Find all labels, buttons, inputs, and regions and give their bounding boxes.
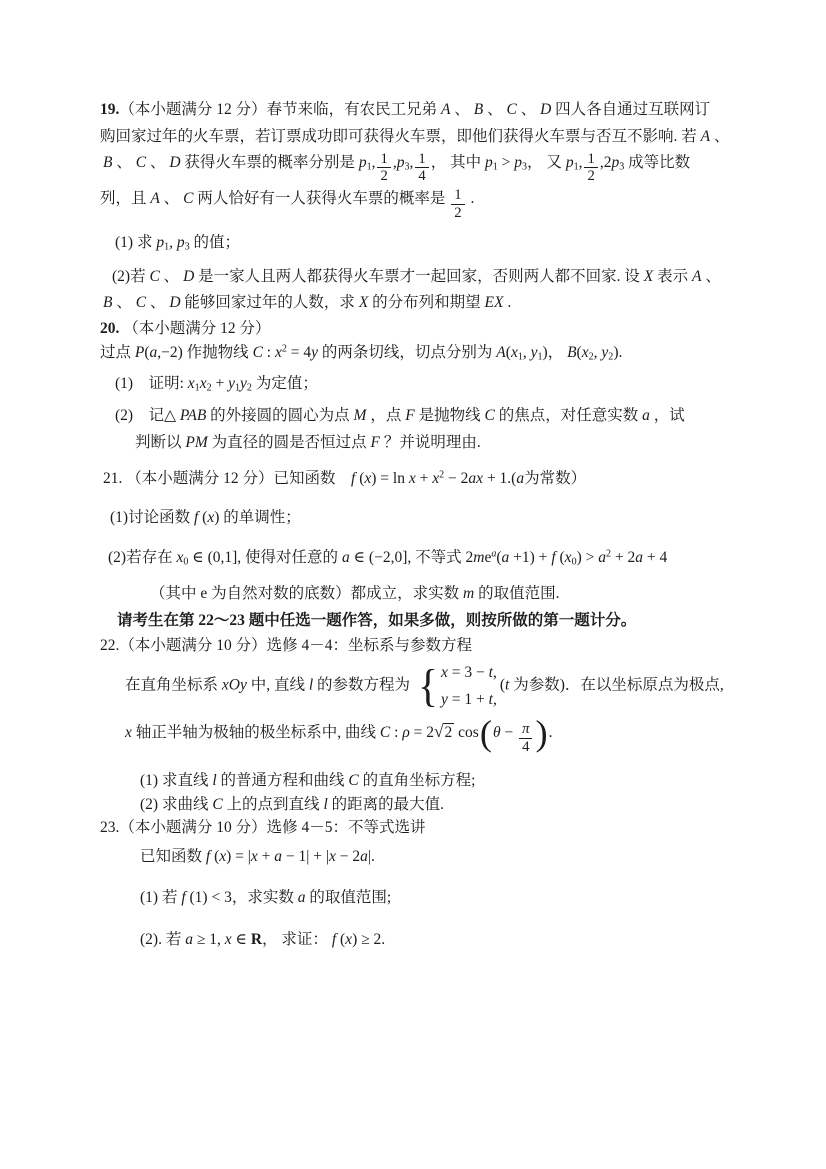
big-paren: ( [479,713,493,753]
p23-part1: (1) 若 f (1) < 3，求实数 a 的取值范围; [140,886,742,909]
math-variable: x [565,549,572,566]
text-run: 的分布列和期望 [368,294,484,311]
math-variable: a [598,549,606,566]
text-run: 、 [517,101,540,118]
text-run: , [493,664,497,681]
math-variable: θ [493,724,501,741]
text-run: ∈ (−2,0], 不等式 2 [350,549,474,566]
bold-text: 20. [100,320,119,337]
p21-part2-line1: (2)若存在 x0 ∈ (0,1], 使得对任意的 a ∈ (−2,0], 不等… [108,546,742,570]
text-run: (2)若存在 [108,549,176,566]
text-run: 的距离的最大值. [328,796,444,813]
bold-text: R [251,931,262,948]
math-variable: D [183,268,194,285]
text-run: ， 其中 [431,154,485,171]
cases-rows: x = 3 − t,y = 1 + t, [439,661,497,711]
text-run: 、 [710,128,729,145]
text-run: (1) 证明: [115,375,188,392]
fraction-denominator: 4 [415,168,428,184]
math-variable: x [582,344,589,361]
p20-line1: 过点 P(a,−2) 作抛物线 C : x2 = 4y 的两条切线，切点分别为 … [100,341,742,365]
math-variable: p [566,154,574,171]
text-run: 在直角坐标系 [125,677,222,694]
math-variable: B [567,344,576,361]
text-run: ) 的单调性； [214,509,301,526]
math-variable: p [156,234,164,251]
math-variable: PAB [180,407,206,424]
text-run: + [416,470,433,487]
text-run: cos [454,724,479,741]
text-run: > [498,154,515,171]
math-variable: A [150,190,159,207]
p19-line1: 19.（本小题满分 12 分）春节来临，有农民工兄弟 A 、 B 、 C 、 D… [100,98,742,121]
text-run: 、 [146,154,169,171]
text-run: + 4 [643,549,667,566]
fraction-denominator: 2 [584,168,597,184]
math-variable: C [380,724,390,741]
text-run: 中, 直线 [247,677,309,694]
text-run: ？并说明理由. [380,434,481,451]
math-variable: p [485,154,493,171]
text-run: 、 [112,154,135,171]
text-run: ( [556,549,565,566]
text-run: + [258,848,275,865]
p20-part2-line1: (2) 记△ PAB 的外接圆的圆心为点 M ，点 F 是抛物线 C 的焦点，对… [115,404,742,427]
p19-part1: (1) 求 p1, p3 的值； [115,231,742,255]
text-run: 、 [483,101,506,118]
text-run: (2) 记△ [115,407,180,424]
text-run: . [503,294,511,311]
text-run: 为直径的圆是否恒过点 [208,434,371,451]
text-run: − 2 [336,848,360,865]
radicand: 2 [443,723,455,741]
selection-notice: 请考生在第 22～23 题中任选一题作答，如果多做，则按所做的第一题计分。 [117,609,742,632]
math-variable: F [371,434,380,451]
fraction-numerator: 1 [584,151,597,168]
exam-paper-page: 19.（本小题满分 12 分）春节来临，有农民工兄弟 A 、 B 、 C 、 D… [0,0,826,1169]
math-variable: PM [185,434,207,451]
p22-line2: x 轴正半轴为极轴的极坐标系中, 曲线 C : ρ = 2√2 cos(θ − … [125,719,742,755]
text-run: 23.（本小题满分 10 分）选修 4－5：不等式选讲 [100,819,426,836]
text-run: ， 求证： [262,931,332,948]
text-run: , [372,154,376,171]
math-variable: x [251,848,258,865]
text-run: 、 [146,294,169,311]
text-run: ) = | [226,848,251,865]
text-run: 已知函数 [140,848,206,865]
text-run: , [579,154,583,171]
math-variable: x [125,724,132,741]
fraction-numerator: 1 [415,151,428,168]
text-run: ，试 [650,407,685,424]
p23-header: 23.（本小题满分 10 分）选修 4－5：不等式选讲 [100,816,742,839]
math-variable: x [409,470,416,487]
math-variable: a [635,549,643,566]
math-variable: p [514,154,522,171]
fraction: 12 [584,151,597,185]
math-variable: p [177,234,185,251]
text-run: (1) 求直线 [140,772,212,789]
cases-row: x = 3 − t, [441,661,497,684]
bold-text: 请考生在第 22～23 题中任选一题作答，如果多做，则按所做的第一题计分。 [117,612,636,629]
text-run: 、 [701,268,720,285]
text-run: + 2 [611,549,635,566]
text-run: , [523,344,531,361]
math-variable: x [275,344,282,361]
text-run: − 2 [444,470,468,487]
text-run: (1) < 3，求实数 [186,889,298,906]
math-variable: A [496,344,505,361]
text-run: 是抛物线 [415,407,485,424]
fraction-denominator: 4 [519,739,532,755]
text-run: , [169,234,177,251]
text-run: = 1 + [448,691,489,708]
math-variable: F [405,407,414,424]
sqrt-radical: √2 [434,719,454,745]
p20-part1: (1) 证明: x1x2 + y1y2 为定值； [115,372,742,396]
text-run: )， [543,344,568,361]
math-variable: x [225,931,232,948]
text-run: 能够回家过年的人数，求 [181,294,359,311]
cases-row: y = 1 + t, [441,688,497,711]
math-variable: C [149,268,159,285]
text-run: 两人恰好有一人获得火车票的概率是 [193,190,449,207]
math-variable: C [212,796,222,813]
text-run: ( [336,931,345,948]
p21-part1: (1)讨论函数 f (x) 的单调性； [110,506,742,529]
text-run: 的取值范围. [474,585,559,602]
text-run: +1) + [509,549,551,566]
text-run: 成等比数 [624,154,690,171]
text-run: 的直角坐标方程; [359,772,476,789]
math-variable: x [441,664,448,681]
text-run: 的参数方程为 [313,677,414,694]
math-variable: xOy [222,677,247,694]
text-run: 为常数） [524,470,586,487]
text-run: 、 [160,190,183,207]
math-variable: m [473,549,484,566]
math-variable: y [441,691,448,708]
text-run: 、 [450,101,473,118]
text-run: （本小题满分 12 分） [119,320,270,337]
text-run: 的外接圆的圆心为点 [206,407,353,424]
text-run: = 3 − [448,664,489,681]
text-run: ,2 [600,154,612,171]
text-run: ，点 [366,407,405,424]
fraction-denominator: 2 [451,205,464,221]
math-variable: x [511,344,518,361]
p23-line1: 已知函数 f (x) = |x + a − 1| + |x − 2a|. [140,845,742,868]
text-run: ( [198,509,207,526]
p22-line1: 在直角坐标系 xOy 中, 直线 l 的参数方程为 {x = 3 − t,y =… [125,661,742,711]
text-run: − 1| + | [282,848,329,865]
math-variable: y [311,344,318,361]
math-variable: B [474,101,483,118]
text-run: 的值； [190,234,240,251]
text-run: − [501,724,518,741]
text-run: ( [210,848,219,865]
math-variable: a [274,848,282,865]
math-variable: C [253,344,263,361]
p22-part2: (2) 求曲线 C 上的点到直线 l 的距离的最大值. [140,793,742,816]
text-run: 轴正半轴为极轴的极坐标系中, 曲线 [132,724,380,741]
p22-header: 22.（本小题满分 10 分）选修 4－4：坐标系与参数方程 [100,634,742,657]
text-run: ) = ln [371,470,409,487]
math-variable: m [463,585,474,602]
text-run: ， 又 [527,154,566,171]
text-run: ) > [577,549,599,566]
text-run: (1) 若 [140,889,181,906]
text-run: (1)讨论函数 [110,509,194,526]
text-run: + 1.( [483,470,516,487]
math-variable: ρ [402,724,409,741]
text-run: = 2 [410,724,434,741]
math-variable: a [342,549,350,566]
text-run: , [493,691,497,708]
text-run: 过点 [100,344,135,361]
text-run: 的取值范围; [305,889,391,906]
text-run: |. [368,848,375,865]
fraction-numerator: 1 [451,187,464,204]
left-brace: { [418,665,438,706]
text-run: ). [613,344,622,361]
text-run: ∈ (0,1], 使得对任意的 [188,549,342,566]
math-variable: y [531,344,538,361]
math-variable: a [360,848,368,865]
text-run: （本小题满分 12 分）春节来临，有农民工兄弟 [119,101,441,118]
math-variable: C [183,190,193,207]
math-variable: X [644,268,653,285]
p19-part2-line1: (2)若 C 、 D 是一家人且两人都获得火车票才一起回家，否则两人都不回家. … [112,265,742,288]
math-variable: D [540,101,551,118]
math-variable: C [136,294,146,311]
math-variable: ax [468,470,483,487]
math-variable: y [240,375,247,392]
text-run: 表示 [653,268,692,285]
math-variable: C [506,101,516,118]
math-variable: C [136,154,146,171]
text-run: 的焦点，对任意实数 [495,407,642,424]
text-run: 为定值； [252,375,318,392]
math-variable: x [329,848,336,865]
text-run: (2)若 [112,268,149,285]
math-variable: x [200,375,207,392]
text-run: : [390,724,402,741]
text-run: 为参数)．在以坐标原点为极点, [509,677,723,694]
math-variable: a [516,470,524,487]
text-run: , [409,154,413,171]
text-run: = 4 [287,344,311,361]
math-variable: C [348,772,358,789]
text-run: 21. （本小题满分 12 分）已知函数 [103,470,351,487]
text-run: 22.（本小题满分 10 分）选修 4－4：坐标系与参数方程 [100,637,472,654]
math-variable: D [169,294,180,311]
fraction: 14 [415,151,428,185]
fraction-denominator: 2 [377,168,390,184]
math-variable: a [642,407,650,424]
text-run: (2). 若 [140,931,185,948]
p21-line1: 21. （本小题满分 12 分）已知函数 f (x) = ln x + x2 −… [103,467,742,490]
math-variable: EX [485,294,504,311]
text-run: ≥ 1, [193,931,225,948]
text-run: (1) 求 [115,234,156,251]
p22-part1: (1) 求直线 l 的普通方程和曲线 C 的直角坐标方程; [140,769,742,792]
math-variable: M [354,407,367,424]
p19-line3: B 、 C 、 D 获得火车票的概率分别是 p1,12,p3,14， 其中 p1… [103,151,742,185]
math-variable: D [169,154,180,171]
text-run: . [549,724,553,741]
text-run: 获得火车票的概率分别是 [181,154,359,171]
p20-part2-line2: 判断以 PM 为直径的圆是否恒过点 F ？并说明理由. [135,431,742,454]
p21-part2-line2: （其中 e 为自然对数的底数）都成立，求实数 m 的取值范围. [150,582,742,605]
cases-system: {x = 3 − t,y = 1 + t, [417,661,497,711]
document-content: 19.（本小题满分 12 分）春节来临，有农民工兄弟 A 、 B 、 C 、 D… [100,98,742,951]
bold-text: 19. [100,101,119,118]
text-run: + [212,375,229,392]
p19-part2-line2: B 、 C 、 D 能够回家过年的人数，求 X 的分布列和期望 EX . [103,291,742,314]
text-run: 、 [112,294,135,311]
p19-line4: 列，且 A 、 C 两人恰好有一人获得火车票的概率是 12 . [100,187,742,221]
math-variable: A [701,128,710,145]
text-run: （其中 e 为自然对数的底数）都成立，求实数 [150,585,463,602]
text-run: . [467,190,475,207]
text-run: : [263,344,275,361]
math-variable: x [188,375,195,392]
text-run: 列，且 [100,190,150,207]
text-run: ∈ [232,931,251,948]
p19-line2: 购回家过年的火车票，若订票成功即可获得火车票，即他们获得火车票与否互不影响. 若… [100,125,742,148]
fraction-numerator: 1 [377,151,390,168]
math-variable: P [135,344,144,361]
text-run: 购回家过年的火车票，若订票成功即可获得火车票，即他们获得火车票与否互不影响. 若 [100,128,701,145]
math-variable: y [228,375,235,392]
text-run: 的两条切线，切点分别为 [318,344,496,361]
p23-part2: (2). 若 a ≥ 1, x ∈ R， 求证： f (x) ≥ 2. [140,928,742,951]
text-run: 上的点到直线 [223,796,324,813]
text-run: 、 [160,268,183,285]
math-variable: a [185,931,193,948]
text-run: (2) 求曲线 [140,796,212,813]
text-run: 四人各自通过互联网订 [551,101,710,118]
math-variable: X [359,294,368,311]
text-run: 的普通方程和曲线 [217,772,349,789]
text-run: 是一家人且两人都获得火车票才一起回家，否则两人都不回家. 设 [194,268,644,285]
text-run: ,−2) 作抛物线 [157,344,252,361]
fraction: 12 [451,187,464,221]
text-run: ) ≥ 2. [352,931,385,948]
fraction: 12 [377,151,390,185]
math-variable: p [359,154,367,171]
math-variable: C [484,407,494,424]
big-paren: ) [534,713,548,753]
p20-header: 20. （本小题满分 12 分） [100,317,742,340]
fraction: π4 [519,721,532,755]
fraction-numerator: π [519,721,532,738]
text-run: 判断以 [135,434,185,451]
